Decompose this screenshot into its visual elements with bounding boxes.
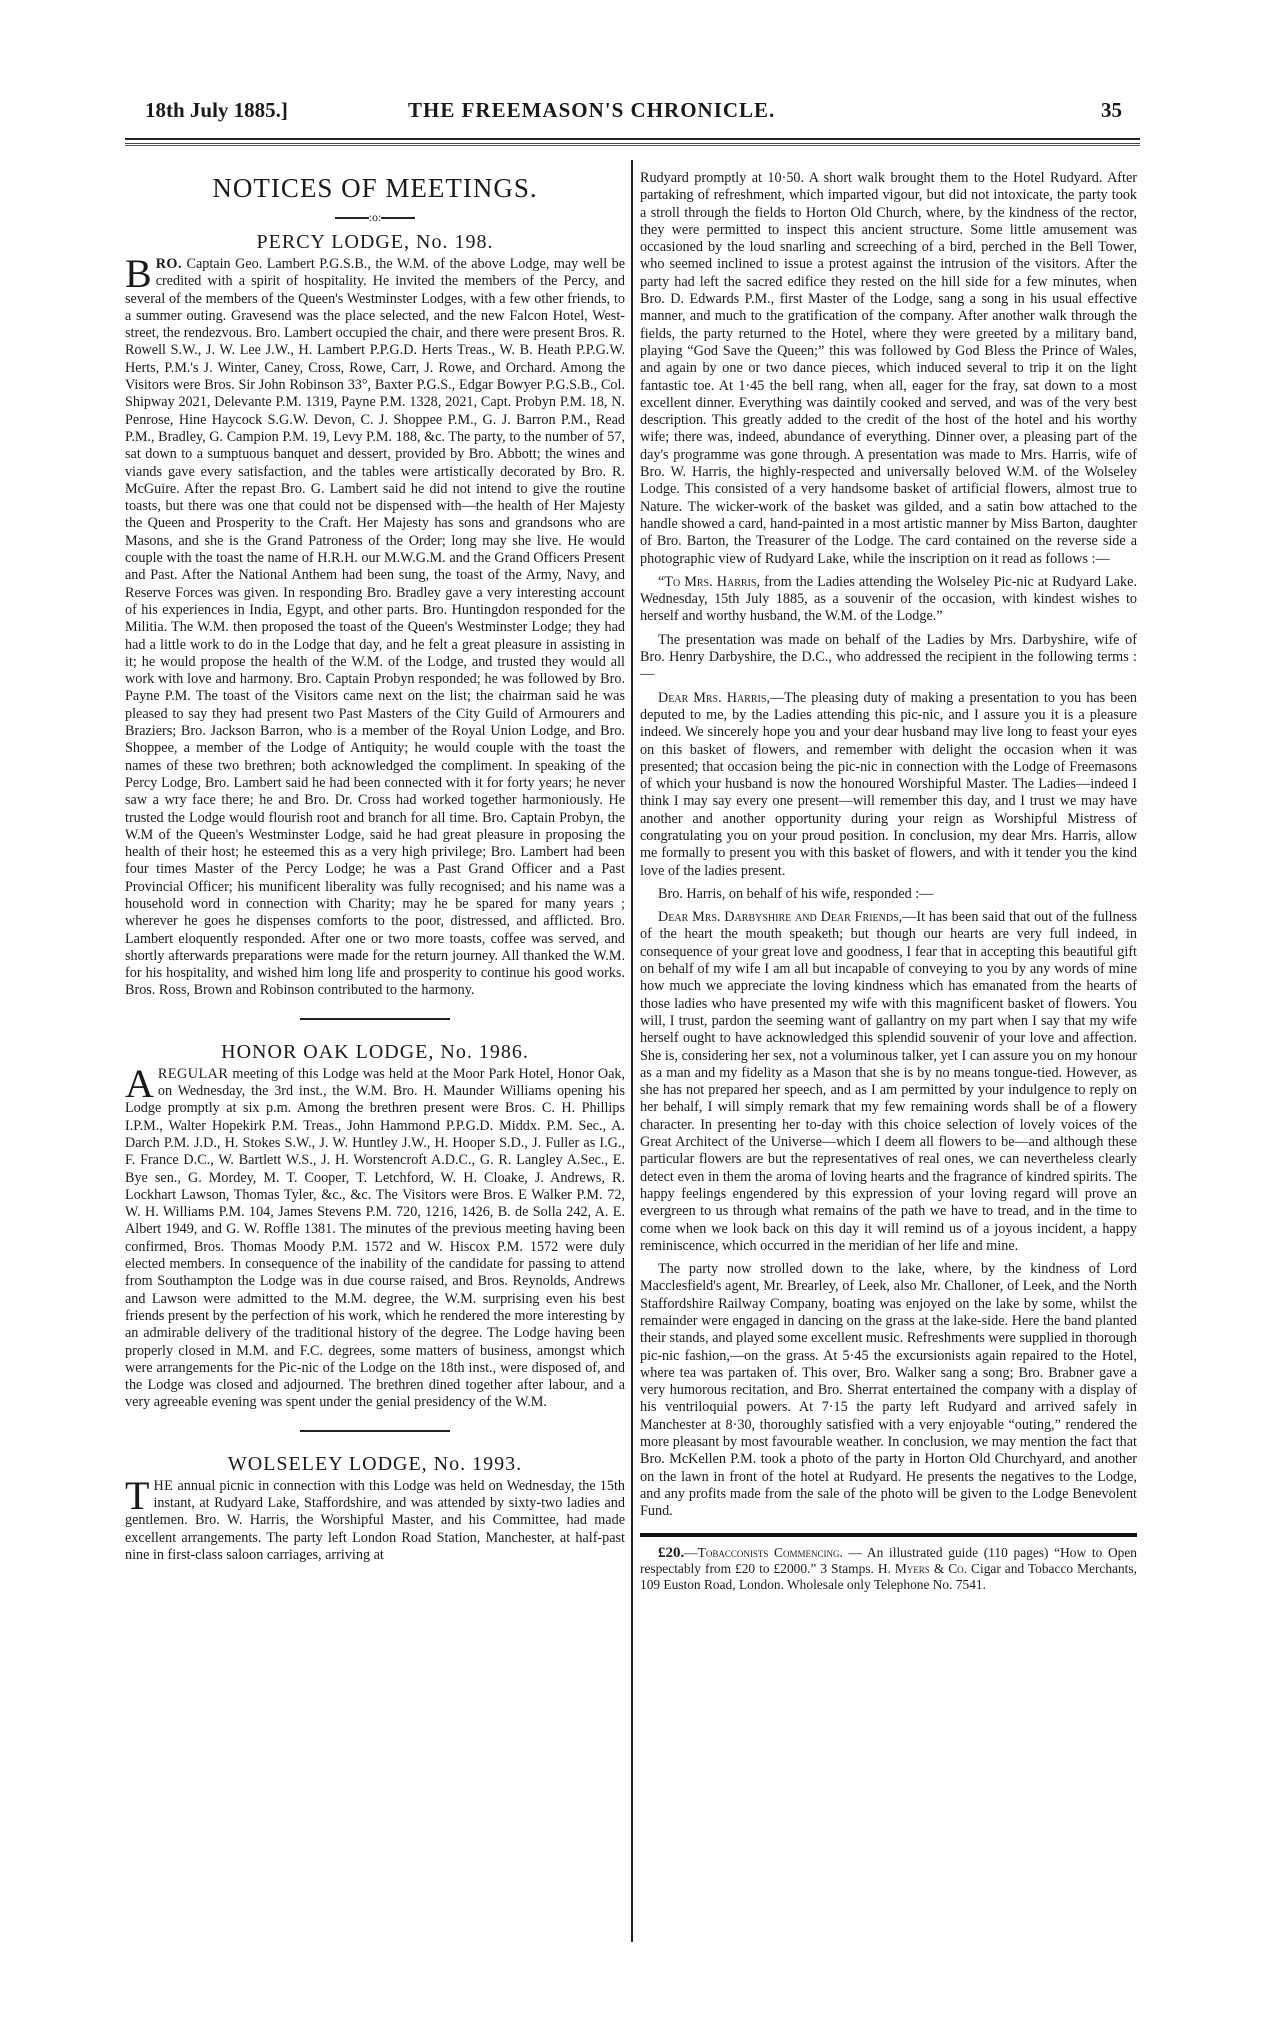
inscription-lead: “To Mrs. Harris, xyxy=(658,574,760,590)
article-title: WOLSELEY LODGE, No. 1993. xyxy=(125,1452,625,1476)
article-text: Captain Geo. Lambert P.G.S.B., the W.M. … xyxy=(125,256,625,998)
right-column: Rudyard promptly at 10·50. A short walk … xyxy=(640,170,1137,1592)
publication-title: THE FREEMASON'S CHRONICLE. xyxy=(408,98,775,123)
ad-price: £20. xyxy=(658,1545,684,1561)
ornament-bar-right xyxy=(381,217,415,219)
masthead-rule xyxy=(125,138,1140,144)
article-honor-oak-lodge: HONOR OAK LODGE, No. 1986. AREGULAR meet… xyxy=(125,1040,625,1412)
ornament-divider: :o: xyxy=(125,210,625,224)
letter-text: —It has been said that out of the fullne… xyxy=(640,909,1137,1254)
advertisement: £20.—Tobacconists Commencing. — An illus… xyxy=(640,1545,1137,1593)
drop-cap: T xyxy=(125,1480,149,1512)
response-intro: Bro. Harris, on behalf of his wife, resp… xyxy=(640,886,1137,903)
drop-cap: B xyxy=(125,258,152,290)
article-separator xyxy=(300,1430,450,1432)
letter-text: —The pleasing duty of making a presentat… xyxy=(640,690,1137,879)
article-body: THE annual picnic in connection with thi… xyxy=(125,1478,625,1564)
ornament-bar-left xyxy=(335,217,369,219)
response-letter: Dear Mrs. Darbyshire and Dear Friends,—I… xyxy=(640,909,1137,1255)
page-number: 35 xyxy=(1101,98,1122,123)
address-letter: Dear Mrs. Harris,—The pleasing duty of m… xyxy=(640,690,1137,880)
ad-headline: —Tobacconists Commencing. — xyxy=(684,1545,862,1560)
article-wolseley-lodge: WOLSELEY LODGE, No. 1993. THE annual pic… xyxy=(125,1452,625,1564)
lead-word: REGULAR xyxy=(158,1066,229,1082)
article-body: AREGULAR meeting of this Lodge was held … xyxy=(125,1066,625,1412)
article-text: meeting of this Lodge was held at the Mo… xyxy=(125,1066,625,1411)
article-title: HONOR OAK LODGE, No. 1986. xyxy=(125,1040,625,1064)
drop-cap: A xyxy=(125,1068,154,1100)
article-percy-lodge: PERCY LODGE, No. 198. BRO. Captain Geo. … xyxy=(125,230,625,1000)
lead-word: RO. xyxy=(156,256,182,272)
letter-salutation: Dear Mrs. Darbyshire and Dear Friends, xyxy=(658,909,902,925)
masthead-rule-lower xyxy=(125,145,1140,146)
ornament-glyph: :o: xyxy=(369,210,382,224)
presentation-paragraph: The presentation was made on behalf of t… xyxy=(640,632,1137,684)
closing-paragraph: The party now strolled down to the lake,… xyxy=(640,1261,1137,1520)
article-title: PERCY LODGE, No. 198. xyxy=(125,230,625,254)
masthead: 18th July 1885.] THE FREEMASON'S CHRONIC… xyxy=(125,98,1140,128)
section-title: NOTICES OF MEETINGS. xyxy=(125,172,625,204)
ad-merchant: H. Myers & Co. xyxy=(878,1561,967,1576)
continued-paragraph: Rudyard promptly at 10·50. A short walk … xyxy=(640,170,1137,568)
left-column: NOTICES OF MEETINGS. :o: PERCY LODGE, No… xyxy=(125,168,625,1564)
ad-telephone: Telephone No. 7541. xyxy=(874,1577,986,1592)
inscription-quote: “To Mrs. Harris, from the Ladies attendi… xyxy=(640,574,1137,626)
column-divider xyxy=(631,160,633,1942)
article-separator xyxy=(300,1018,450,1020)
lead-word: HE xyxy=(153,1478,173,1494)
issue-date: 18th July 1885.] xyxy=(145,98,288,123)
article-text: annual picnic in connection with this Lo… xyxy=(125,1478,625,1563)
advertisement-rule xyxy=(640,1533,1137,1537)
article-body: BRO. Captain Geo. Lambert P.G.S.B., the … xyxy=(125,256,625,1000)
letter-salutation: Dear Mrs. Harris, xyxy=(658,690,770,706)
